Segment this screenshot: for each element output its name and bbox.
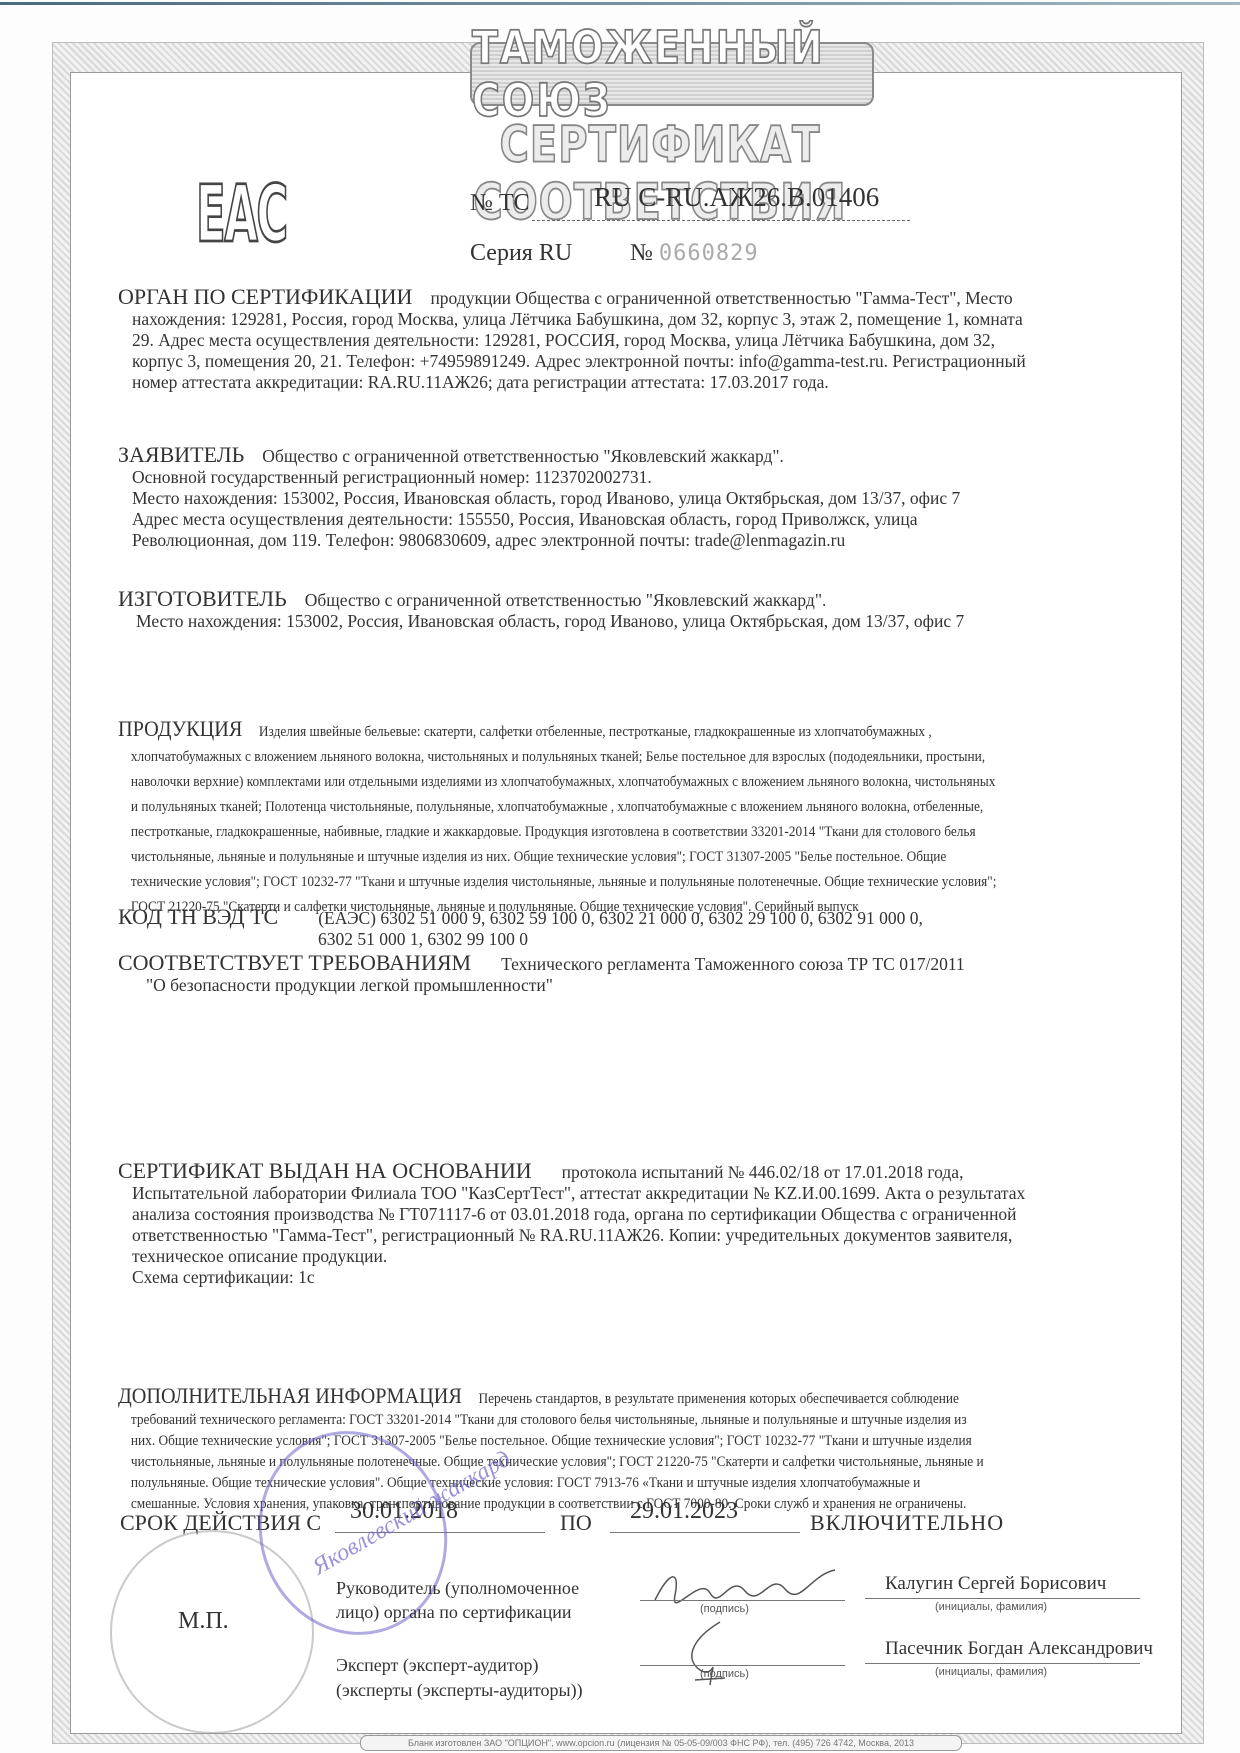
tc-number-row: № ТС RU C-RU.АЖ26.В.01406 xyxy=(470,190,580,217)
expert-role-line2: (эксперты (эксперты-аудиторы)) xyxy=(336,1680,583,1701)
certificate-page: ТАМОЖЕННЫЙ СОЮЗ СЕРТИФИКАТ СООТВЕТСТВИЯ … xyxy=(0,0,1240,1753)
section-tn-ved-code: КОД ТН ВЭД ТС(ЕАЭС) 6302 51 000 9, 6302 … xyxy=(118,906,1208,950)
signature-caption: (подпись) xyxy=(700,1668,749,1680)
head-name: Калугин Сергей Борисович xyxy=(885,1573,1106,1595)
text-line: анализа состояния производства № ГТ07111… xyxy=(118,1204,1208,1225)
head-role-line1: Руководитель (уполномоченное xyxy=(336,1578,579,1599)
section-heading: ДОПОЛНИТЕЛЬНАЯ ИНФОРМАЦИЯ xyxy=(118,1383,462,1408)
tc-underline xyxy=(532,220,910,221)
section-heading: ИЗГОТОВИТЕЛЬ xyxy=(118,586,287,611)
regulation-text: "О безопасности продукции легкой промышл… xyxy=(118,975,1208,996)
name-caption: (инициалы, фамилия) xyxy=(935,1666,1047,1678)
text-line: продукции Общества с ограниченной ответс… xyxy=(430,288,1012,308)
text-line: хлопчатобумажных с вложением льняного во… xyxy=(118,745,1204,770)
text-line: техническое описание продукции. xyxy=(118,1246,1208,1267)
section-heading: ОРГАН ПО СЕРТИФИКАЦИИ xyxy=(118,284,412,309)
inclusive-label: ВКЛЮЧИТЕЛЬНО xyxy=(810,1510,1004,1536)
expert-role-line1: Эксперт (эксперт-аудитор) xyxy=(336,1655,539,1676)
head-role-line2: лицо) органа по сертификации xyxy=(336,1602,572,1623)
section-heading: ПРОДУКЦИЯ xyxy=(118,716,242,741)
text-line: Испытательной лаборатории Филиала ТОО "К… xyxy=(118,1183,1208,1204)
text-line: Место нахождения: 153002, Россия, Иванов… xyxy=(118,488,1208,509)
text-line: Революционная, дом 119. Телефон: 9806830… xyxy=(118,530,1208,551)
text-line: Адрес места осуществления деятельности: … xyxy=(118,509,1208,530)
section-product: ПРОДУКЦИЯИзделия швейные бельевые: скате… xyxy=(118,716,1204,920)
section-heading: КОД ТН ВЭД ТС xyxy=(118,904,278,929)
text-line: Общество с ограниченной ответственностью… xyxy=(305,590,827,610)
customs-union-banner: ТАМОЖЕННЫЙ СОЮЗ xyxy=(470,42,874,106)
series-label: Серия xyxy=(470,240,533,266)
text-line: нахождения: 129281, Россия, город Москва… xyxy=(118,309,1208,330)
text-line: наволочки верхние) комплектами или отдел… xyxy=(118,770,1204,795)
text-line: них. Общие технические условия"; ГОСТ 31… xyxy=(118,1431,1204,1452)
text-line: требований технического регламента: ГОСТ… xyxy=(118,1410,1204,1431)
valid-to-underline xyxy=(610,1532,800,1533)
scan-edge xyxy=(0,2,1240,5)
text-line: Изделия швейные бельевые: скатерти, салф… xyxy=(259,724,932,740)
expert-name: Пасечник Богдан Александрович xyxy=(885,1638,1153,1660)
name-caption: (инициалы, фамилия) xyxy=(935,1601,1047,1613)
text-line: корпус 3, помещения 20, 21. Телефон: +74… xyxy=(118,351,1208,372)
form-no-label: № xyxy=(630,240,653,266)
text-line: Основной государственный регистрационный… xyxy=(118,467,1208,488)
text-line: протокола испытаний № 446.02/18 от 17.01… xyxy=(562,1162,964,1182)
section-manufacturer: ИЗГОТОВИТЕЛЬОбщество с ограниченной отве… xyxy=(118,588,1208,632)
text-line: Перечень стандартов, в результате примен… xyxy=(478,1391,958,1407)
form-number: 0660829 xyxy=(659,241,759,266)
form-printer-footer: Бланк изготовлен ЗАО "ОПЦИОН", www.opcio… xyxy=(360,1735,962,1751)
text-line: Общество с ограниченной ответственностью… xyxy=(262,446,784,466)
head-signature-icon xyxy=(650,1565,840,1605)
tc-number: RU C-RU.АЖ26.В.01406 xyxy=(594,182,879,213)
signature-caption: (подпись) xyxy=(700,1603,749,1615)
form-number-group: № 0660829 xyxy=(630,240,759,267)
tn-ved-codes: (ЕАЭС) 6302 51 000 9, 6302 59 100 0, 630… xyxy=(318,908,923,928)
seal-placeholder-label: М.П. xyxy=(178,1608,229,1635)
text-line: и полульняных тканей; Полотенца чистольн… xyxy=(118,795,1204,820)
section-heading: СООТВЕТСТВУЕТ ТРЕБОВАНИЯМ xyxy=(118,950,471,975)
eac-mark-icon: ЕАС xyxy=(196,168,287,260)
expert-signature-line xyxy=(640,1665,845,1666)
text-line: Схема сертификации: 1с xyxy=(118,1267,1208,1288)
tn-ved-codes: 6302 51 000 1, 6302 99 100 0 xyxy=(118,929,1208,950)
head-name-line xyxy=(865,1598,1140,1599)
head-signature-line xyxy=(640,1600,845,1601)
banner-text: ТАМОЖЕННЫЙ СОЮЗ xyxy=(472,21,872,127)
certificate-title: СЕРТИФИКАТ СООТВЕТСТВИЯ xyxy=(380,117,940,232)
section-applicant: ЗАЯВИТЕЛЬОбщество с ограниченной ответст… xyxy=(118,444,1208,551)
tc-label: № ТС xyxy=(470,190,580,217)
text-line: технические условия"; ГОСТ 10232-77 "Тка… xyxy=(118,870,1204,895)
text-line: пестротканые, гладкокрашенные, набивные,… xyxy=(118,820,1204,845)
text-line: ответственностью "Гамма-Тест", регистрац… xyxy=(118,1225,1208,1246)
text-line: 29. Адрес места осуществления деятельнос… xyxy=(118,330,1208,351)
expert-name-line xyxy=(865,1663,1140,1664)
text-line: Место нахождения: 153002, Россия, Иванов… xyxy=(118,611,1208,632)
section-compliance: СООТВЕТСТВУЕТ ТРЕБОВАНИЯМТехнического ре… xyxy=(118,952,1208,996)
series-row: Серия RU № 0660829 xyxy=(470,240,572,267)
regulation-text: Технического регламента Таможенного союз… xyxy=(501,954,965,974)
text-line: чистольняные, льняные и полульняные и шт… xyxy=(118,845,1204,870)
valid-to-label: ПО xyxy=(560,1510,592,1536)
section-basis: СЕРТИФИКАТ ВЫДАН НА ОСНОВАНИИпротокола и… xyxy=(118,1160,1208,1288)
valid-to-date: 29.01.2023 xyxy=(630,1498,738,1525)
section-heading: ЗАЯВИТЕЛЬ xyxy=(118,442,244,467)
series-value: RU xyxy=(539,240,572,266)
section-certification-body: ОРГАН ПО СЕРТИФИКАЦИИпродукции Общества … xyxy=(118,286,1208,393)
text-line: номер аттестата аккредитации: RA.RU.11АЖ… xyxy=(118,372,1208,393)
section-heading: СЕРТИФИКАТ ВЫДАН НА ОСНОВАНИИ xyxy=(118,1158,532,1183)
